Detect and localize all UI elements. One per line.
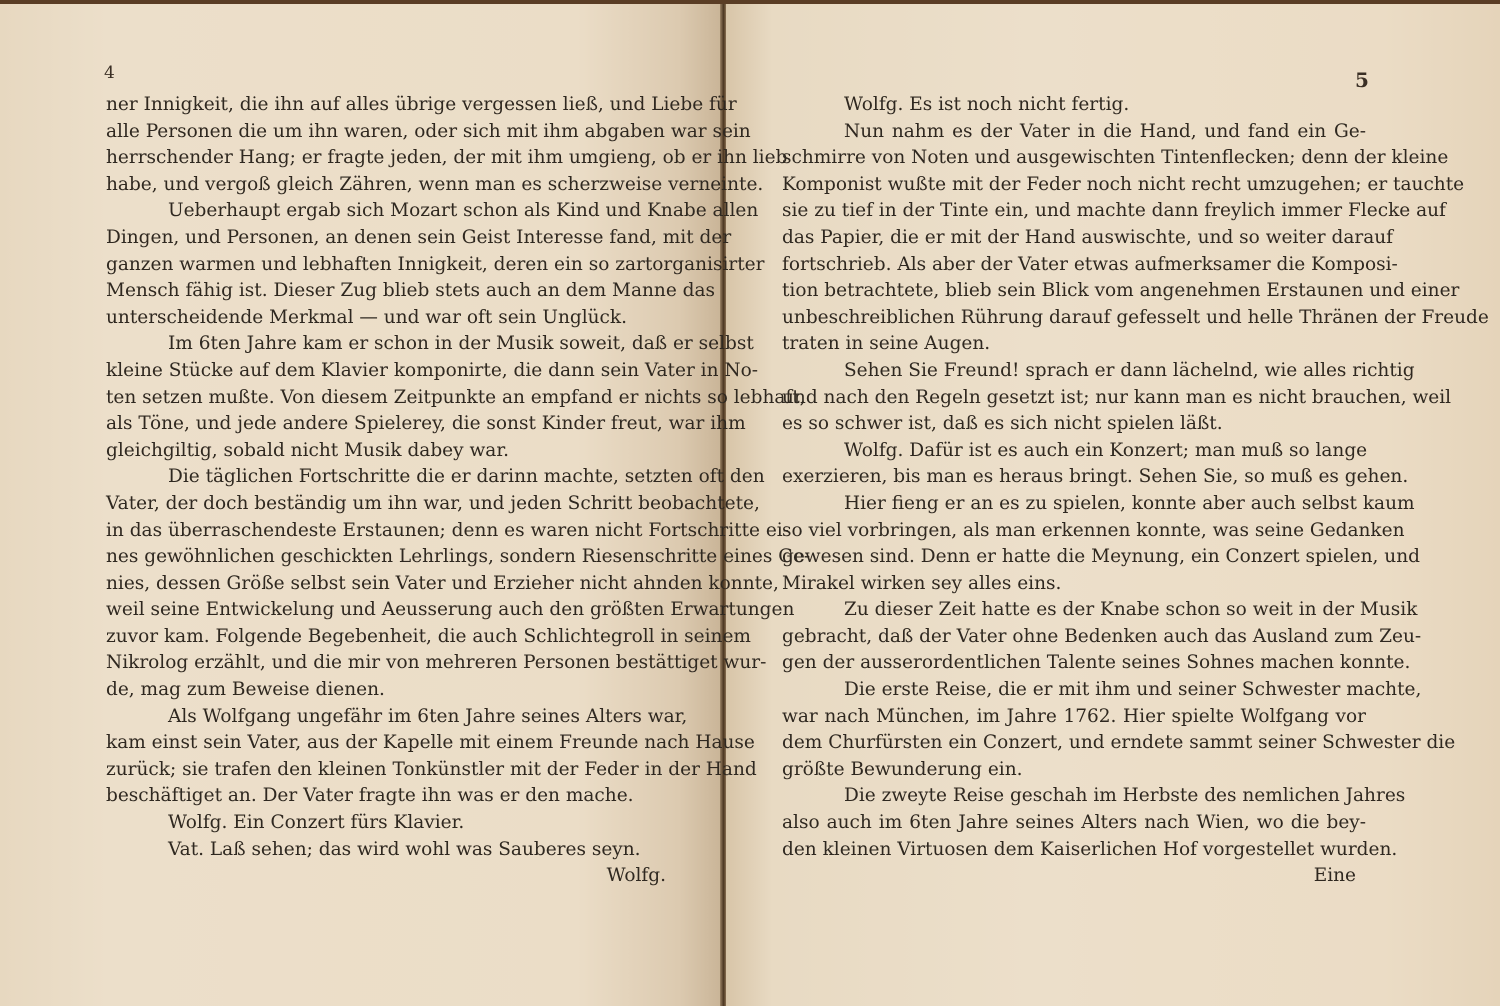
dialogue-line: Vat. Laß sehen; das wird wohl was Sauber… bbox=[106, 837, 686, 864]
text-line: war nach München, im Jahre 1762. Hier sp… bbox=[782, 704, 1366, 731]
text-line: ten setzen mußte. Von diesem Zeitpunkte … bbox=[106, 385, 686, 412]
text-line: kam einst sein Vater, aus der Kapelle mi… bbox=[106, 730, 686, 757]
dialogue-line: Wolfg. Es ist noch nicht fertig. bbox=[782, 92, 1366, 119]
dialogue-line: Wolfg. Dafür ist es auch ein Konzert; ma… bbox=[782, 438, 1366, 465]
text-line: also auch im 6ten Jahre seines Alters na… bbox=[782, 810, 1366, 837]
text-line: größte Bewunderung ein. bbox=[782, 757, 1366, 784]
text-line: sie zu tief in der Tinte ein, und machte… bbox=[782, 198, 1366, 225]
text-line: zuvor kam. Folgende Begebenheit, die auc… bbox=[106, 624, 686, 651]
text-line: ganzen warmen und lebhaften Innigkeit, d… bbox=[106, 252, 686, 279]
paragraph-start: Im 6ten Jahre kam er schon in der Musik … bbox=[106, 331, 686, 358]
catchword: Eine bbox=[782, 863, 1366, 890]
text-line: es so schwer ist, daß es sich nicht spie… bbox=[782, 411, 1366, 438]
text-line: in das überraschendeste Erstaunen; denn … bbox=[106, 518, 686, 545]
text-line: gewesen sind. Denn er hatte die Meynung,… bbox=[782, 544, 1366, 571]
text-line: ner Innigkeit, die ihn auf alles übrige … bbox=[106, 92, 686, 119]
paragraph-start: Die erste Reise, die er mit ihm und sein… bbox=[782, 677, 1366, 704]
text-line: und nach den Regeln gesetzt ist; nur kan… bbox=[782, 385, 1366, 412]
text-line: Komponist wußte mit der Feder noch nicht… bbox=[782, 172, 1366, 199]
text-line: als Töne, und jede andere Spielerey, die… bbox=[106, 411, 686, 438]
text-line: fortschrieb. Als aber der Vater etwas au… bbox=[782, 252, 1366, 279]
text-line: unbeschreiblichen Rührung darauf gefesse… bbox=[782, 305, 1366, 332]
text-line: herrschender Hang; er fragte jeden, der … bbox=[106, 145, 686, 172]
text-line: den kleinen Virtuosen dem Kaiserlichen H… bbox=[782, 837, 1366, 864]
text-line: gleichgiltig, sobald nicht Musik dabey w… bbox=[106, 438, 686, 465]
text-line: dem Churfürsten ein Conzert, und erndete… bbox=[782, 730, 1366, 757]
page-number-right: 5 bbox=[1355, 68, 1369, 92]
paragraph-start: Die zweyte Reise geschah im Herbste des … bbox=[782, 783, 1366, 810]
dialogue-line: Wolfg. Ein Conzert fürs Klavier. bbox=[106, 810, 686, 837]
text-line: habe, und vergoß gleich Zähren, wenn man… bbox=[106, 172, 686, 199]
catchword: Wolfg. bbox=[106, 863, 686, 890]
text-line: Nikrolog erzählt, und die mir von mehrer… bbox=[106, 650, 686, 677]
text-line: exerzieren, bis man es heraus bringt. Se… bbox=[782, 464, 1366, 491]
text-line: nes gewöhnlichen geschickten Lehrlings, … bbox=[106, 544, 686, 571]
text-line: weil seine Entwickelung und Aeusserung a… bbox=[106, 597, 686, 624]
paragraph-start: Nun nahm es der Vater in die Hand, und f… bbox=[782, 119, 1366, 146]
text-line: gebracht, daß der Vater ohne Bedenken au… bbox=[782, 624, 1366, 651]
book-spread: 4 5 ner Innigkeit, die ihn auf alles übr… bbox=[0, 0, 1500, 1006]
page-number-left: 4 bbox=[104, 63, 115, 83]
text-line: beschäftiget an. Der Vater fragte ihn wa… bbox=[106, 783, 686, 810]
paragraph-start: Die täglichen Fortschritte die er darinn… bbox=[106, 464, 686, 491]
paragraph-start: Zu dieser Zeit hatte es der Knabe schon … bbox=[782, 597, 1366, 624]
text-line: Vater, der doch beständig um ihn war, un… bbox=[106, 491, 686, 518]
right-page-text: Wolfg. Es ist noch nicht fertig. Nun nah… bbox=[782, 92, 1366, 890]
left-page-text: ner Innigkeit, die ihn auf alles übrige … bbox=[106, 92, 686, 890]
text-line: so viel vorbringen, als man erkennen kon… bbox=[782, 518, 1366, 545]
text-line: Dingen, und Personen, an denen sein Geis… bbox=[106, 225, 686, 252]
text-line: de, mag zum Beweise dienen. bbox=[106, 677, 686, 704]
text-line: nies, dessen Größe selbst sein Vater und… bbox=[106, 571, 686, 598]
text-line: unterscheidende Merkmal — und war oft se… bbox=[106, 305, 686, 332]
paragraph-start: Als Wolfgang ungefähr im 6ten Jahre sein… bbox=[106, 704, 686, 731]
text-line: das Papier, die er mit der Hand auswisch… bbox=[782, 225, 1366, 252]
text-line: schmirre von Noten und ausgewischten Tin… bbox=[782, 145, 1366, 172]
text-line: zurück; sie trafen den kleinen Tonkünstl… bbox=[106, 757, 686, 784]
text-line: Mensch fähig ist. Dieser Zug blieb stets… bbox=[106, 278, 686, 305]
paragraph-start: Hier fieng er an es zu spielen, konnte a… bbox=[782, 491, 1366, 518]
text-line: kleine Stücke auf dem Klavier komponirte… bbox=[106, 358, 686, 385]
text-line: alle Personen die um ihn waren, oder sic… bbox=[106, 119, 686, 146]
paragraph-start: Ueberhaupt ergab sich Mozart schon als K… bbox=[106, 198, 686, 225]
text-line: traten in seine Augen. bbox=[782, 331, 1366, 358]
text-line: gen der ausserordentlichen Talente seine… bbox=[782, 650, 1366, 677]
text-line: Mirakel wirken sey alles eins. bbox=[782, 571, 1366, 598]
text-line: tion betrachtete, blieb sein Blick vom a… bbox=[782, 278, 1366, 305]
paragraph-start: Sehen Sie Freund! sprach er dann lächeln… bbox=[782, 358, 1366, 385]
